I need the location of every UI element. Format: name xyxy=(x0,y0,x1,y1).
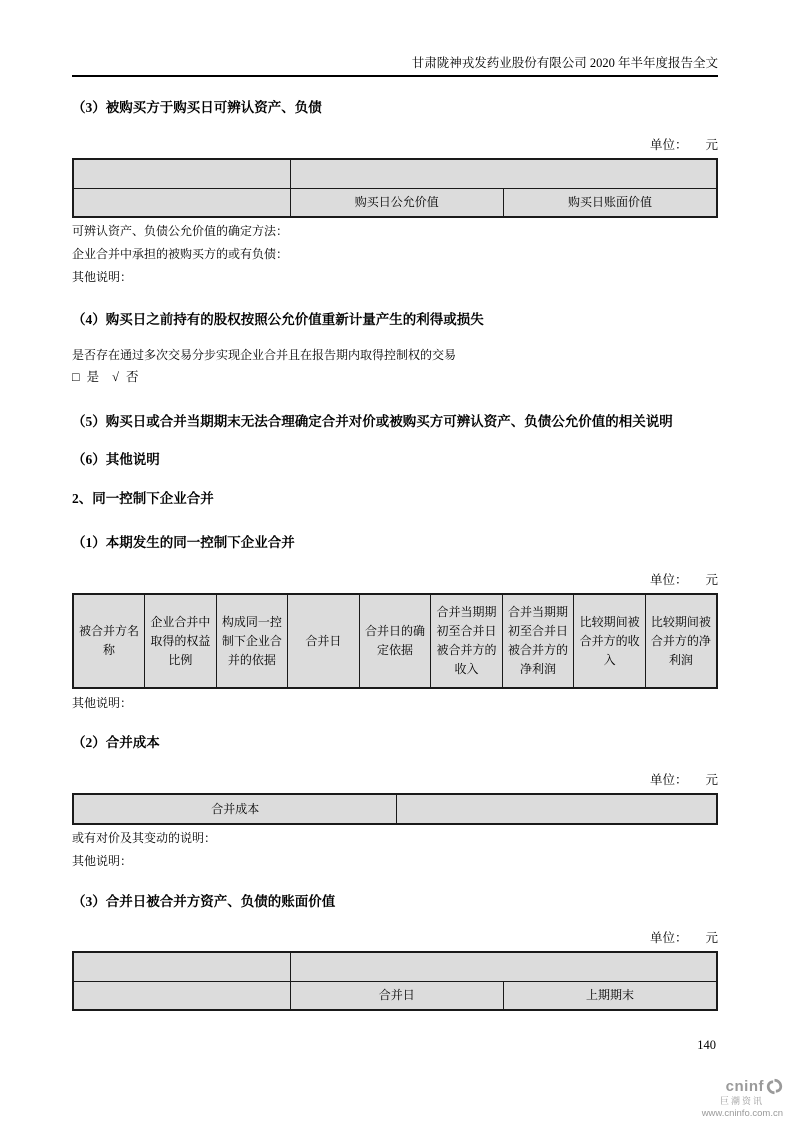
identifiable-assets-table: 购买日公允价值 购买日账面价值 xyxy=(72,158,718,218)
merge-cost-header-cell: 合并成本 xyxy=(73,794,397,824)
unit-line: 单位：元 xyxy=(72,572,718,588)
empty-header-cell xyxy=(73,981,290,1010)
table-row: 合并成本 xyxy=(73,794,717,824)
note-contingent-consideration: 或有对价及其变动的说明： xyxy=(72,830,718,846)
table-row xyxy=(73,159,717,188)
yes-no-checkline: □是√否 xyxy=(72,369,718,385)
check-mark-icon: √ xyxy=(112,370,120,384)
unit-currency: 元 xyxy=(705,931,718,945)
table-row: 合并日 上期期末 xyxy=(73,981,717,1010)
col-header-equity-ratio: 企业合并中取得的权益比例 xyxy=(145,594,217,688)
col-header-merge-date: 合并日 xyxy=(290,981,503,1010)
note-other-remarks: 其他说明： xyxy=(72,269,718,285)
checkbox-unchecked-icon: □ xyxy=(72,370,81,384)
col-header-prev-period-end: 上期期末 xyxy=(504,981,718,1010)
empty-header-cell xyxy=(73,159,290,188)
cninfo-logo-row: cninf xyxy=(673,1078,783,1095)
col-header-period-revenue: 合并当期期初至合并日被合并方的收入 xyxy=(431,594,503,688)
cninfo-swirl-icon xyxy=(766,1078,783,1095)
merge-cost-value-cell xyxy=(397,794,717,824)
empty-merged-header-cell xyxy=(290,159,717,188)
col-header-book-value: 购买日账面价值 xyxy=(504,188,718,217)
unit-currency: 元 xyxy=(705,573,718,587)
section-heading-4-remeasurement-gain-loss: （4）购买日之前持有的股权按照公允价值重新计量产生的利得或损失 xyxy=(72,311,718,329)
col-header-comparison-revenue: 比较期间被合并方的收入 xyxy=(574,594,646,688)
unit-line: 单位：元 xyxy=(72,137,718,153)
note-contingent-liabilities: 企业合并中承担的被购买方的或有负债： xyxy=(72,246,718,262)
cninfo-chinese-name: 巨潮资讯 xyxy=(673,1097,764,1106)
subsection-heading-3-book-value: （3）合并日被合并方资产、负债的账面价值 xyxy=(72,893,718,911)
unit-label: 单位： xyxy=(650,573,688,587)
document-page: { "page": { "header_title": "甘肃陇神戎发药业股份有… xyxy=(0,0,793,1122)
subsection-heading-1-current-period-combination: （1）本期发生的同一控制下企业合并 xyxy=(72,534,718,552)
unit-label: 单位： xyxy=(650,138,688,152)
col-header-period-net-profit: 合并当期期初至合并日被合并方的净利润 xyxy=(502,594,574,688)
unit-currency: 元 xyxy=(705,138,718,152)
empty-header-cell xyxy=(73,952,290,981)
subsection-heading-2-merge-cost: （2）合并成本 xyxy=(72,734,718,752)
page-number: 140 xyxy=(697,1038,716,1053)
note-other-remarks: 其他说明： xyxy=(72,853,718,869)
empty-header-cell xyxy=(73,188,290,217)
col-header-merge-date-basis: 合并日的确定依据 xyxy=(359,594,431,688)
unit-line: 单位：元 xyxy=(72,930,718,946)
cninfo-brand-text: cninf xyxy=(726,1079,764,1094)
common-control-combination-table: 被合并方名称 企业合并中取得的权益比例 构成同一控制下企业合并的依据 合并日 合… xyxy=(72,593,718,689)
book-value-table: 合并日 上期期末 xyxy=(72,951,718,1011)
col-header-merge-date: 合并日 xyxy=(288,594,360,688)
page-content: 甘肃陇神戎发药业股份有限公司 2020 年半年度报告全文 （3）被购买方于购买日… xyxy=(0,0,793,1011)
section-heading-2-common-control-combination: 2、同一控制下企业合并 xyxy=(72,490,718,508)
cninfo-website-url: www.cninfo.com.cn xyxy=(673,1109,783,1119)
section-heading-3-identifiable-assets: （3）被购买方于购买日可辨认资产、负债 xyxy=(72,99,718,117)
table-row xyxy=(73,952,717,981)
col-header-comparison-net-profit: 比较期间被合并方的净利润 xyxy=(645,594,717,688)
option-yes-label: 是 xyxy=(87,370,101,384)
unit-label: 单位： xyxy=(650,931,688,945)
col-header-fair-value: 购买日公允价值 xyxy=(290,188,503,217)
unit-line: 单位：元 xyxy=(72,772,718,788)
report-header-title: 甘肃陇神戎发药业股份有限公司 2020 年半年度报告全文 xyxy=(72,55,718,77)
unit-currency: 元 xyxy=(705,773,718,787)
table-row: 购买日公允价值 购买日账面价值 xyxy=(73,188,717,217)
col-header-combination-basis: 构成同一控制下企业合并的依据 xyxy=(216,594,288,688)
table-header-row: 被合并方名称 企业合并中取得的权益比例 构成同一控制下企业合并的依据 合并日 合… xyxy=(73,594,717,688)
note-other-remarks: 其他说明： xyxy=(72,695,718,711)
merge-cost-table: 合并成本 xyxy=(72,793,718,825)
step-acquisition-question: 是否存在通过多次交易分步实现企业合并且在报告期内取得控制权的交易 xyxy=(72,347,718,363)
cninfo-logo: cninf 巨潮资讯 www.cninfo.com.cn xyxy=(673,1078,783,1119)
empty-merged-header-cell xyxy=(290,952,717,981)
col-header-merged-party-name: 被合并方名称 xyxy=(73,594,145,688)
unit-label: 单位： xyxy=(650,773,688,787)
option-no-label: 否 xyxy=(126,370,140,384)
section-heading-5-undeterminable-consideration: （5）购买日或合并当期期末无法合理确定合并对价或被购买方可辨认资产、负债公允价值… xyxy=(72,413,718,431)
note-fair-value-method: 可辨认资产、负债公允价值的确定方法： xyxy=(72,223,718,239)
section-heading-6-other-remarks: （6）其他说明 xyxy=(72,451,718,469)
